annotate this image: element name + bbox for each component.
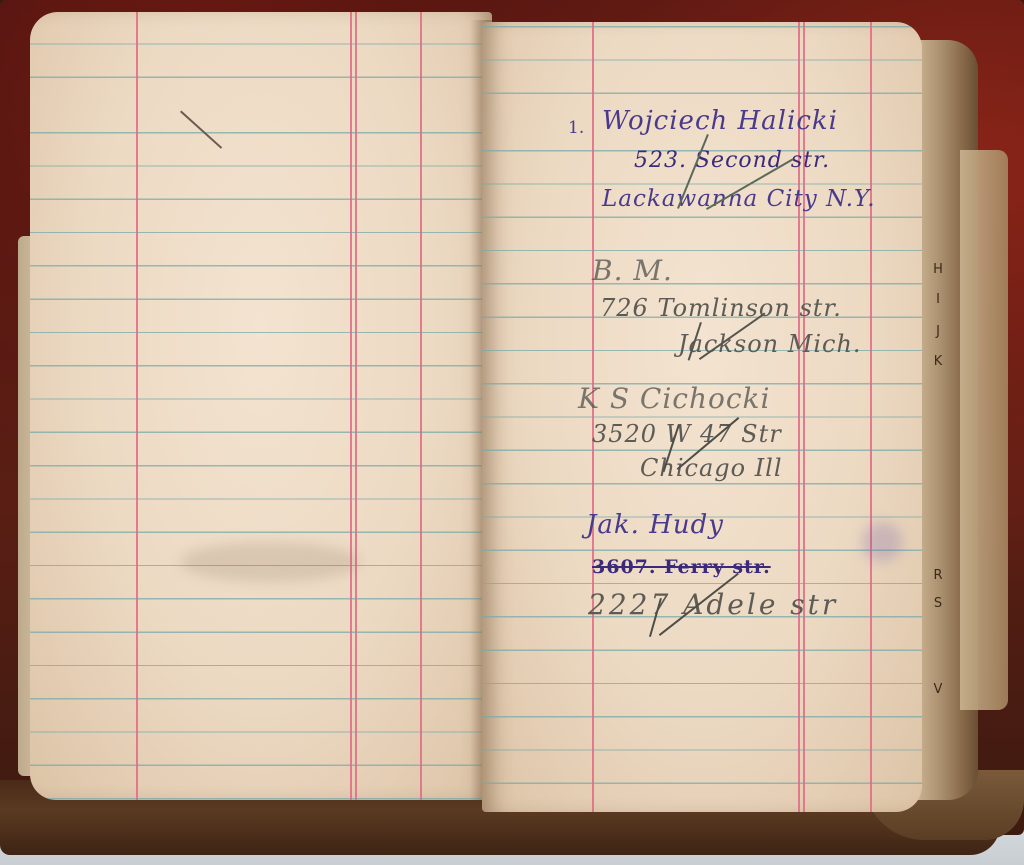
ruled-lines: [482, 22, 922, 812]
entry-3-address-line-1: 3520 W 47 Str: [592, 420, 782, 448]
left-page: [30, 12, 492, 800]
column-line: [803, 22, 805, 812]
ruled-lines: [30, 12, 492, 800]
worn-index-edge: [960, 150, 1008, 710]
column-line: [350, 12, 352, 800]
index-tab-j[interactable]: J: [924, 324, 952, 339]
index-tab-s[interactable]: S: [924, 596, 952, 611]
index-tab-r[interactable]: R: [924, 568, 952, 583]
column-line: [870, 22, 872, 812]
entry-1-address-line-1: 523. Second str.: [634, 148, 830, 173]
entry-number: 1.: [568, 118, 584, 138]
index-tab-h[interactable]: H: [924, 262, 952, 277]
column-line: [355, 12, 357, 800]
margin-line: [592, 22, 594, 812]
margin-line: [136, 12, 138, 800]
smudge: [180, 542, 360, 582]
entry-1-name: Wojciech Halicki: [602, 106, 838, 136]
alphabet-index-tabs: H I J K R S V: [924, 262, 952, 742]
entry-3-address-line-2: Chicago Ill: [640, 454, 783, 482]
column-line: [798, 22, 800, 812]
index-tab-v[interactable]: V: [924, 682, 952, 697]
address-book-photo: 1. Wojciech Halicki 523. Second str. Lac…: [0, 0, 1024, 865]
entry-3-name: K S Cichocki: [578, 382, 770, 415]
entry-4-name: Jak. Hudy: [586, 510, 724, 540]
entry-2-name: B. M.: [592, 254, 673, 287]
index-tab-i[interactable]: I: [924, 292, 952, 307]
right-page: 1. Wojciech Halicki 523. Second str. Lac…: [482, 22, 922, 812]
column-line: [420, 12, 422, 800]
ink-smudge: [862, 522, 902, 562]
entry-4-address-struck: 3607. Ferry str.: [592, 556, 771, 578]
index-tab-k[interactable]: K: [924, 354, 952, 369]
entry-2-address-line-1: 726 Tomlinson str.: [600, 294, 842, 322]
